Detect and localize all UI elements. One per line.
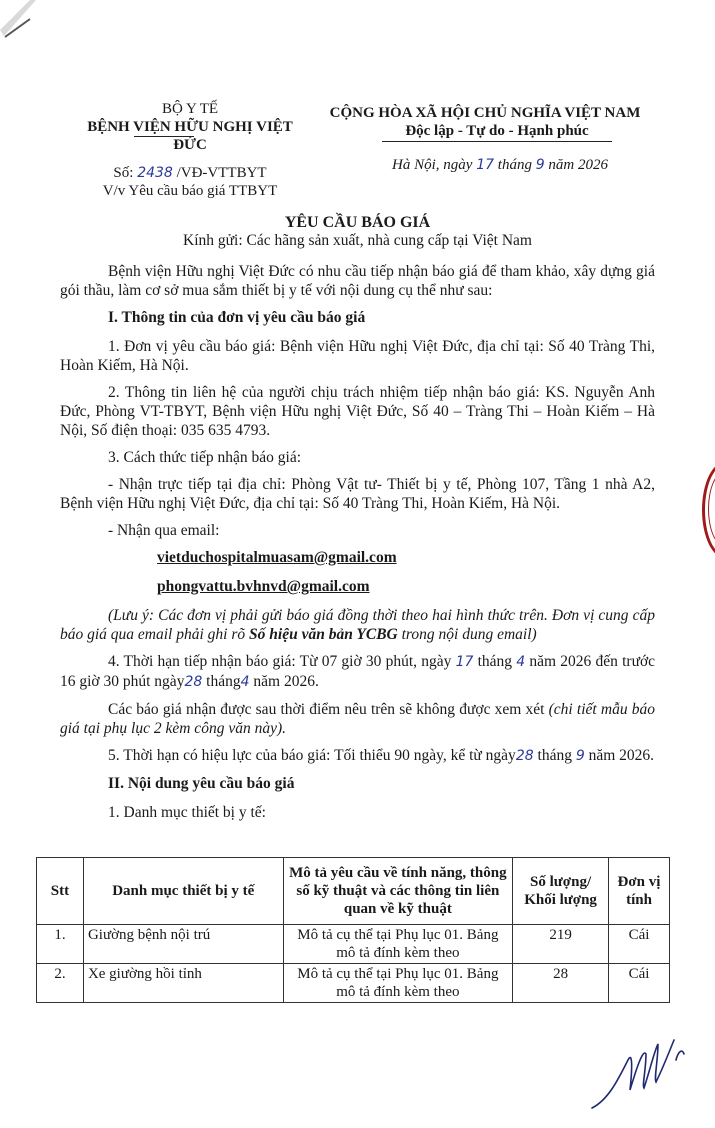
item-1: 1. Đơn vị yêu cầu báo giá: Bệnh viện Hữu… (60, 337, 655, 375)
item-4: 4. Thời hạn tiếp nhận báo giá: Từ 07 giờ… (60, 652, 655, 692)
table-header-row: Stt Danh mục thiết bị y tế Mô tả yêu cầu… (37, 858, 670, 925)
hospital-underline (134, 136, 194, 137)
table-row: 2. Xe giường hồi tỉnh Mô tả cụ thể tại P… (37, 964, 670, 1003)
email-note: (Lưu ý: Các đơn vị phải gửi báo giá đồng… (60, 606, 655, 644)
signature-icon (588, 1030, 688, 1110)
handwritten-day-end: 28 (184, 674, 202, 690)
handwritten-month-end: 4 (241, 674, 250, 690)
email-link-1[interactable]: vietduchospitalmuasam@gmail.com (157, 548, 655, 567)
handwritten-validity-month: 9 (576, 748, 585, 764)
handwritten-month-start: 4 (516, 654, 525, 670)
national-header: CỘNG HÒA XÃ HỘI CHỦ NGHĨA VIỆT NAM Độc l… (320, 104, 650, 174)
document-body: Bệnh viện Hữu nghị Việt Đức có nhu cầu t… (60, 262, 655, 830)
item-3-email-label: - Nhận qua email: (60, 521, 655, 540)
section-1-heading: I. Thông tin của đơn vị yêu cầu báo giá (108, 308, 655, 327)
section-2-sub-1: 1. Danh mục thiết bị y tế: (60, 803, 655, 822)
col-header-description: Mô tả yêu cầu về tính năng, thông số kỹ … (283, 858, 513, 925)
item-3-direct: - Nhận trực tiếp tại địa chỉ: Phòng Vật … (60, 475, 655, 513)
col-header-unit: Đơn vị tính (609, 858, 670, 925)
document-number: Số: 2438 /VĐ-VTTBYT (70, 164, 310, 182)
ministry-name: BỘ Y TẾ (70, 100, 310, 118)
handwritten-day-start: 17 (456, 654, 474, 670)
col-header-stt: Stt (37, 858, 84, 925)
item-3: 3. Cách thức tiếp nhận báo giá: (60, 448, 655, 467)
late-note: Các báo giá nhận được sau thời điểm nêu … (60, 700, 655, 738)
nation-title: CỘNG HÒA XÃ HỘI CHỦ NGHĨA VIỆT NAM (320, 104, 650, 122)
equipment-table: Stt Danh mục thiết bị y tế Mô tả yêu cầu… (36, 857, 670, 1003)
table-row: 1. Giường bệnh nội trú Mô tả cụ thể tại … (37, 925, 670, 964)
handwritten-number: 2438 (137, 165, 173, 181)
handwritten-month: 9 (536, 157, 545, 173)
intro-paragraph: Bệnh viện Hữu nghị Việt Đức có nhu cầu t… (60, 262, 655, 300)
national-motto: Độc lập - Tự do - Hạnh phúc (382, 122, 612, 142)
recipient-line: Kính gửi: Các hãng sản xuất, nhà cung cấ… (0, 232, 715, 250)
handwritten-day: 17 (476, 157, 494, 173)
issuer-block: BỘ Y TẾ BỆNH VIỆN HỮU NGHỊ VIỆT ĐỨC Số: … (70, 100, 310, 200)
document-title: YÊU CẦU BÁO GIÁ (0, 214, 715, 232)
item-5: 5. Thời hạn có hiệu lực của báo giá: Tối… (60, 746, 655, 766)
email-link-2[interactable]: phongvattu.bvhnvd@gmail.com (157, 577, 655, 596)
document-subject: V/v Yêu cầu báo giá TTBYT (70, 182, 310, 200)
page-corner-fold-icon (0, 0, 40, 42)
col-header-item: Danh mục thiết bị y tế (83, 858, 283, 925)
col-header-quantity: Số lượng/ Khối lượng (513, 858, 609, 925)
item-2: 2. Thông tin liên hệ của người chịu trác… (60, 383, 655, 440)
handwritten-validity-day: 28 (516, 748, 534, 764)
document-date: Hà Nội, ngày 17 tháng 9 năm 2026 (350, 156, 650, 174)
section-2-heading: II. Nội dung yêu cầu báo giá (108, 774, 655, 793)
